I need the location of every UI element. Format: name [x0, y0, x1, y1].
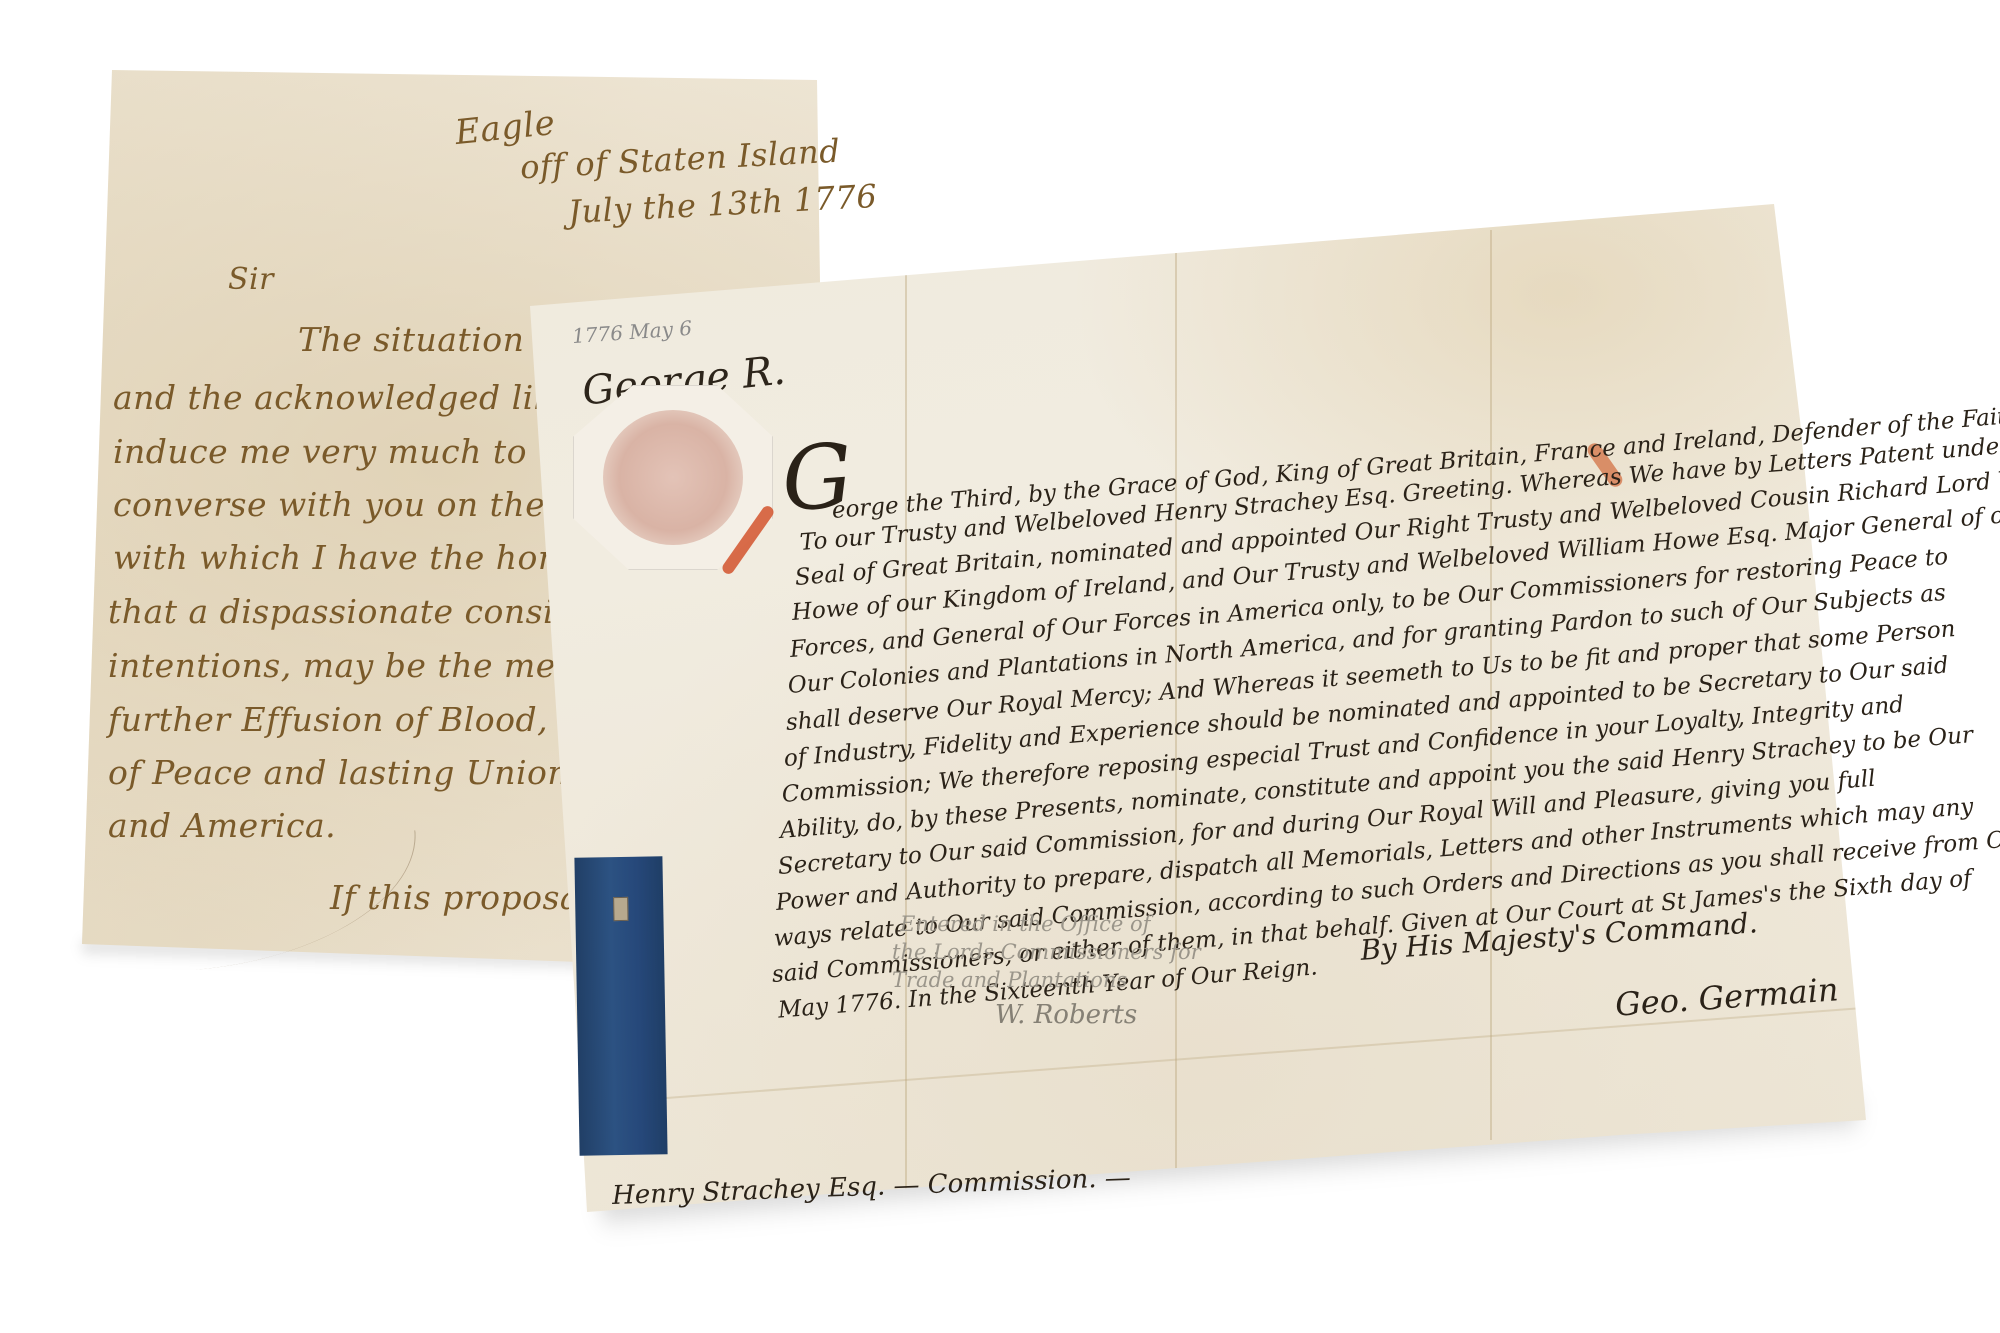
seal-impression	[603, 410, 743, 545]
entered-note-line: Trade and Plantations	[892, 968, 1127, 992]
entered-note-line: the Lords Commissioners for	[892, 940, 1201, 964]
date-annotation: 1776 May 6	[571, 316, 692, 348]
ribbon-tag	[613, 897, 628, 921]
minister-signature: Geo. Germain	[1614, 970, 1840, 1024]
entered-signature: W. Roberts	[995, 1000, 1137, 1030]
blue-ribbon	[574, 856, 667, 1155]
docket-endorsement: Henry Strachey Esq. — Commission. —	[612, 1163, 1132, 1211]
commission-document: 1776 May 6 George R. G eorge the Third, …	[0, 0, 2000, 1333]
entered-note-line: Entered in the Office of	[900, 912, 1150, 936]
